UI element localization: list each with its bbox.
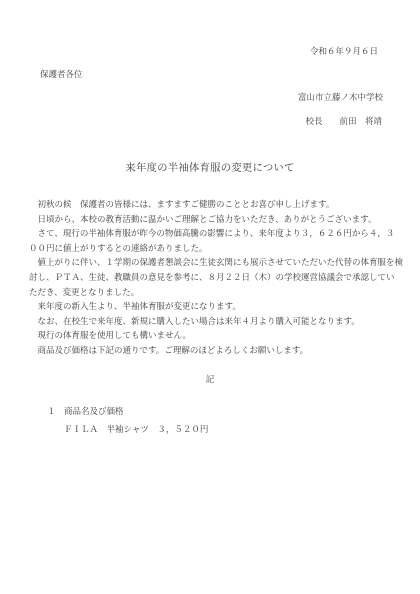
- body-line: 日頃から、本校の教育活動に温かいご理解とご協力をいただき、ありがとうございます。: [29, 212, 410, 227]
- body-line: 商品及び価格は下記の通りです。ご理解のほどよろしくお願いします。: [29, 343, 410, 358]
- body-line: 現行の体育服を使用しても構いません。: [29, 328, 410, 343]
- document-page: 令和６年９月６日 保護者各位 富山市立藤ノ木中学校 校長 前田 将靖 来年度の半…: [0, 0, 420, 594]
- document-title: 来年度の半袖体育服の変更について: [0, 159, 420, 174]
- body-line: 初秋の候 保護者の皆様には、ますますご健勝のこととお喜び申し上げます。: [29, 197, 410, 212]
- item-heading: １ 商品名及び価格: [47, 406, 124, 416]
- body-line: 来年度の新入生より、半袖体育服が変更になります。: [29, 299, 410, 314]
- body-line: なお、在校生で来年度、新規に購入したい場合は来年４月より購入可能となります。: [29, 314, 410, 329]
- body-line: ００円に値上がりするとの連絡がありました。: [29, 241, 410, 256]
- body-line: さて、現行の半袖体育服が昨今の物価高騰の影響により、来年度より３，６２６円から４…: [29, 226, 410, 241]
- record-marker: 記: [0, 374, 420, 384]
- document-date: 令和６年９月６日: [310, 46, 378, 56]
- school-name: 富山市立藤ノ木中学校: [298, 92, 383, 102]
- body-line: 討し、ＰＴＡ、生徒、教職員の意見を参考に、８月２２日（木）の学校運営協議会で承認…: [29, 270, 410, 285]
- principal-signature: 校長 前田 将靖: [305, 116, 382, 126]
- item-price-line: ＦＩＬＡ 半袖シャツ ３，５２０円: [64, 424, 208, 434]
- body-line: 値上がりに伴い、１学期の保護者懇談会に生徒玄関にも展示させていただいた代替の体育…: [29, 255, 410, 270]
- body-text: 初秋の候 保護者の皆様には、ますますご健勝のこととお喜び申し上げます。 日頃から…: [29, 197, 410, 358]
- recipient: 保護者各位: [40, 69, 83, 79]
- body-line: ただき、変更となりました。: [29, 285, 410, 300]
